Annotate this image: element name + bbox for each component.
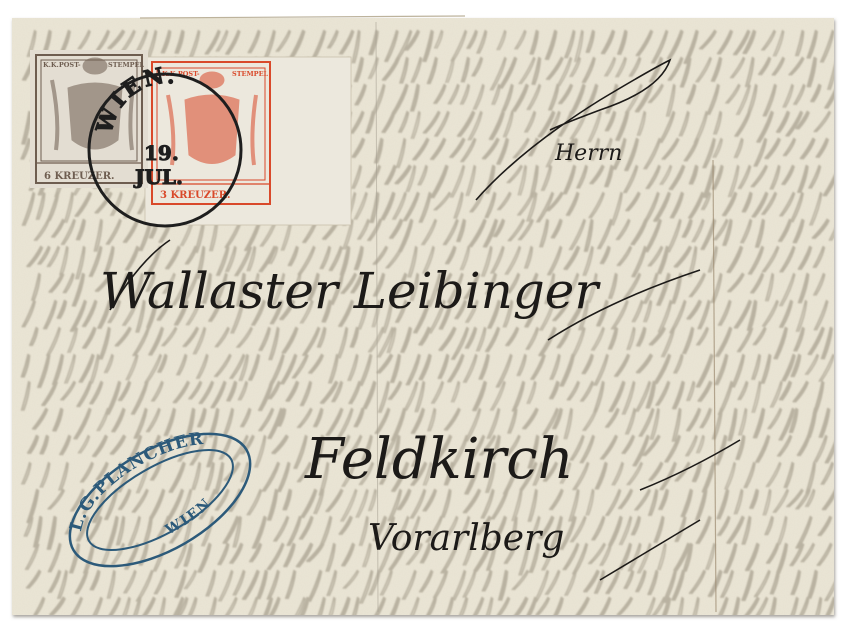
- postmark-month: JUL.: [133, 165, 183, 189]
- postmark-day: 19.: [144, 141, 179, 165]
- address-region: Vorarlberg: [368, 518, 564, 559]
- stamp-top-text-right: STEMPEL: [108, 61, 145, 69]
- stamp-top-text-right: STEMPEL: [232, 70, 269, 78]
- stamp-6-kreuzer: K.K.POST- STEMPEL 6 KREUZER.: [30, 50, 148, 188]
- stamp-value-text: 3 KREUZER.: [160, 190, 231, 201]
- stamp-value-text: 6 KREUZER.: [44, 171, 115, 182]
- address-salutation: Herrn: [554, 141, 622, 166]
- address-name: Wallaster Leibinger: [100, 262, 601, 320]
- address-city: Feldkirch: [304, 427, 574, 492]
- postal-cover-scene: K.K.POST- STEMPEL 6 KREUZER. K.K.POST- S…: [0, 0, 850, 635]
- stamp-top-text-left: K.K.POST-: [43, 61, 81, 69]
